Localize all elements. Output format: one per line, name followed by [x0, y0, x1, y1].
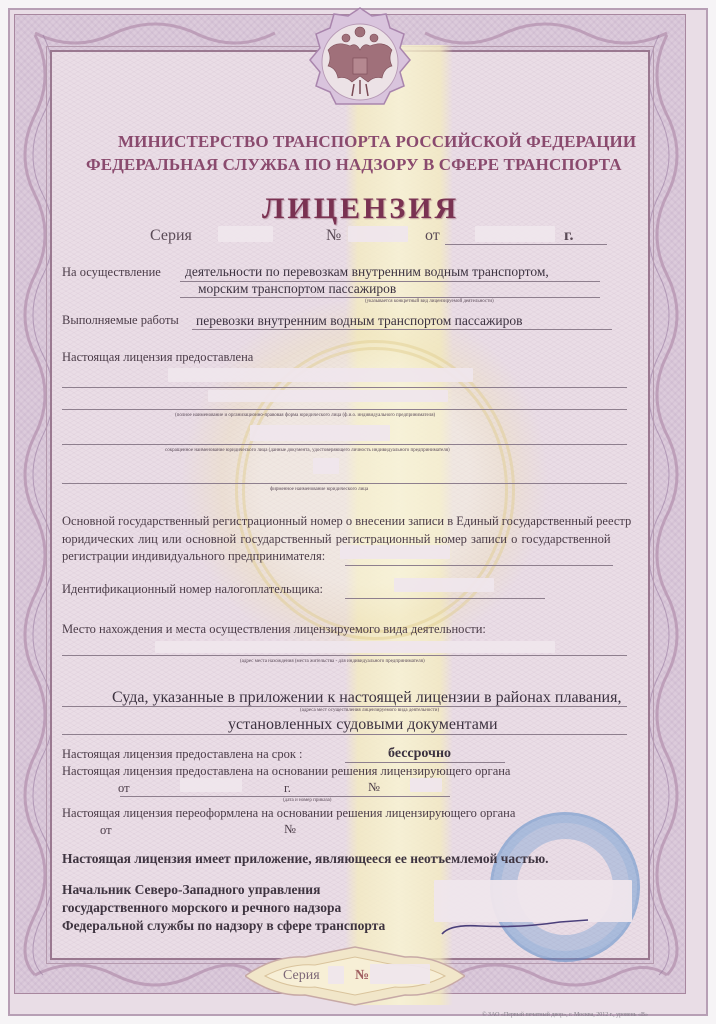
- term-label: Настоящая лицензия предоставлена на срок…: [62, 747, 303, 762]
- signatory-name-redacted: [434, 880, 632, 922]
- location-underline1: [62, 655, 627, 656]
- activity-underline2: [180, 297, 600, 298]
- date-underline: [445, 244, 607, 245]
- appendix-note: Настоящая лицензия имеет приложение, явл…: [62, 851, 549, 867]
- licensee-underline3: [62, 444, 627, 445]
- ogrn-underline: [345, 565, 613, 566]
- location-underline2: [62, 706, 627, 707]
- series-label: Серия: [150, 227, 192, 245]
- signature-icon: [440, 918, 590, 938]
- vessels-line2: установленных судовыми документами: [228, 716, 498, 734]
- basis-number-redacted: [410, 778, 442, 792]
- basis-date-redacted: [180, 778, 242, 792]
- signatory-line2: государственного морского и речного надз…: [62, 900, 341, 916]
- licensee-caption1: (полное наименование и организационно-пр…: [175, 413, 435, 418]
- series-value-redacted: [218, 226, 273, 242]
- licensee-caption3: фирменное наименование юридического лица: [270, 487, 368, 492]
- ministry-heading: МИНИСТЕРСТВО ТРАНСПОРТА РОССИЙСКОЙ ФЕДЕР…: [118, 132, 636, 152]
- bottom-number-label: №: [355, 968, 369, 984]
- reissue-number-label: №: [284, 822, 296, 837]
- inn-underline: [345, 598, 545, 599]
- year-suffix: г.: [564, 227, 573, 245]
- basis-underline: [120, 796, 450, 797]
- licensee-underline4: [62, 483, 627, 484]
- printer-footer: © ЗАО «Первый печатный двор», г. Москва,…: [482, 1012, 648, 1018]
- basis-from-label: от: [118, 781, 130, 796]
- number-label: №: [326, 227, 341, 245]
- licensee-underline1: [62, 387, 627, 388]
- coat-of-arms-icon: [306, 6, 414, 106]
- from-label: от: [425, 227, 440, 245]
- inn-value-redacted: [394, 578, 494, 592]
- number-value-redacted: [348, 226, 408, 242]
- signatory-line1: Начальник Северо-Западного управления: [62, 882, 320, 898]
- licensee-caption2: сокращенное наименование юридического ли…: [165, 448, 450, 453]
- ogrn-text-line3: регистрации индивидуального предпринимат…: [62, 549, 325, 564]
- activity-line2: морским транспортом пассажиров: [198, 281, 396, 297]
- location-caption2: (адреса мест осуществления лицензируемог…: [300, 708, 439, 713]
- bottom-series-redacted: [328, 966, 344, 984]
- ogrn-value-redacted: [340, 545, 450, 559]
- firm-name-redacted: [313, 458, 339, 474]
- basis-caption: (дата и номер приказа): [283, 798, 331, 803]
- address-redacted: [155, 641, 555, 653]
- ogrn-text-line2: юридических лиц или основной государстве…: [62, 532, 611, 547]
- date-value-redacted: [475, 226, 555, 242]
- vessels-line1: Суда, указанные в приложении к настоящей…: [112, 689, 621, 707]
- basis-label: Настоящая лицензия предоставлена на осно…: [62, 764, 510, 779]
- document-title: ЛИЦЕНЗИЯ: [262, 192, 459, 226]
- service-heading: ФЕДЕРАЛЬНАЯ СЛУЖБА ПО НАДЗОРУ В СФЕРЕ ТР…: [86, 155, 622, 175]
- location-label: Место нахождения и места осуществления л…: [62, 622, 486, 637]
- activity-line1: деятельности по перевозкам внутренним во…: [185, 264, 549, 280]
- licensee-underline2: [62, 409, 627, 410]
- licensee-label: Настоящая лицензия предоставлена: [62, 350, 253, 365]
- works-value: перевозки внутренним водным транспортом …: [196, 313, 522, 329]
- reissue-from-label: от: [100, 823, 112, 838]
- location-caption: (адрес места нахождения (места жительств…: [240, 659, 425, 664]
- licensee-name-redacted: [168, 368, 473, 382]
- bottom-series-label: Серия: [283, 968, 320, 984]
- signatory-line3: Федеральной службы по надзору в сфере тр…: [62, 918, 385, 934]
- inn-label: Идентификационный номер налогоплательщик…: [62, 582, 323, 597]
- activity-caption: (указывается конкретный вид лицензируемо…: [365, 299, 494, 304]
- term-underline: [345, 762, 505, 763]
- reissue-label: Настоящая лицензия переоформлена на осно…: [62, 806, 515, 821]
- location-underline3: [62, 734, 627, 735]
- basis-year-suffix: г.: [284, 781, 291, 796]
- term-value: бессрочно: [388, 746, 451, 762]
- ogrn-text-line1: Основной государственный регистрационный…: [62, 514, 631, 529]
- bottom-number-redacted: [370, 964, 430, 984]
- short-name-redacted: [250, 425, 390, 441]
- licensee-name2-redacted: [208, 390, 448, 402]
- basis-number-label: №: [368, 780, 380, 795]
- works-underline: [192, 329, 612, 330]
- works-label: Выполняемые работы: [62, 313, 179, 328]
- activity-label: На осуществление: [62, 265, 161, 280]
